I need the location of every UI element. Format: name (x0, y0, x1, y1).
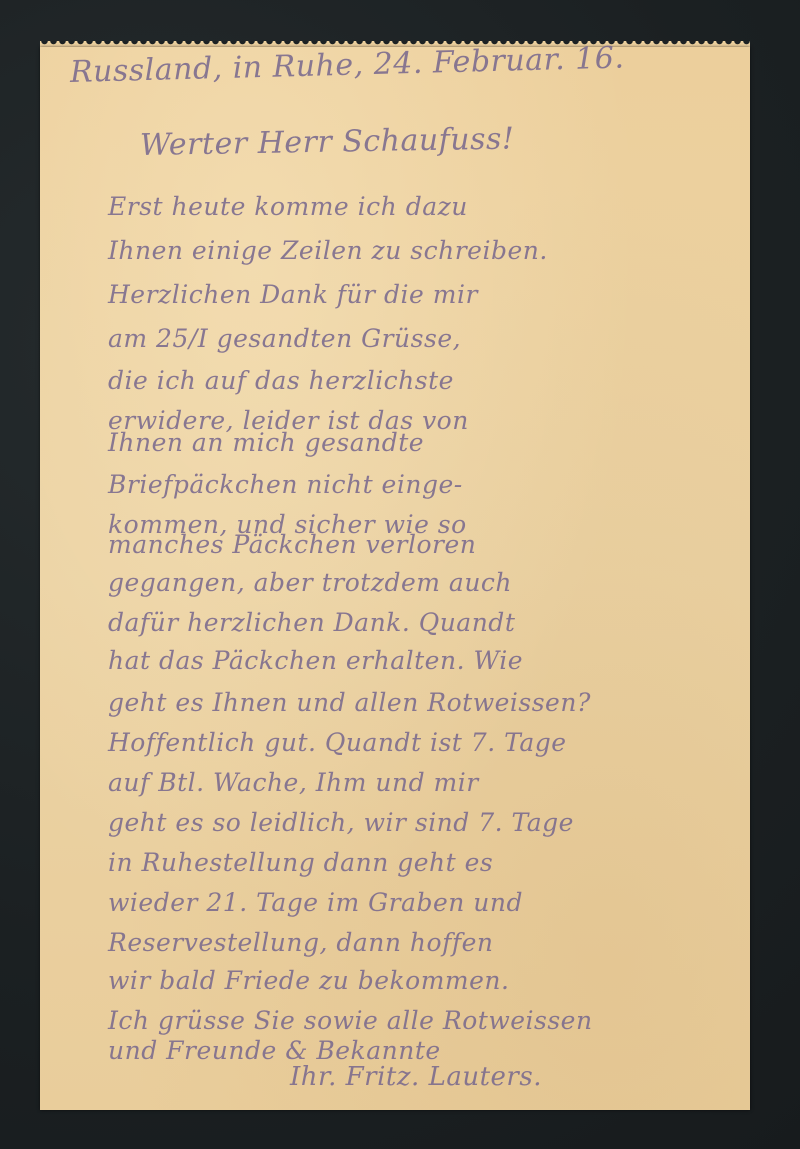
signature: Ihr. Fritz. Lauters. (290, 1062, 542, 1092)
body-line: Herzlichen Dank für die mir (108, 280, 478, 309)
body-line: hat das Päckchen erhalten. Wie (108, 646, 523, 675)
body-line: gegangen, aber trotzdem auch (108, 568, 512, 597)
body-line: auf Btl. Wache, Ihm und mir (108, 768, 479, 797)
body-line: geht es so leidlich, wir sind 7. Tage (108, 808, 574, 837)
body-line: Reservestellung, dann hoffen (108, 928, 493, 957)
body-line: dafür herzlichen Dank. Quandt (108, 608, 515, 637)
body-line: in Ruhestellung dann geht es (108, 848, 493, 877)
body-line: wieder 21. Tage im Graben und (108, 888, 523, 917)
body-line: und Freunde & Bekannte (108, 1036, 441, 1065)
body-line: manches Päckchen verloren (108, 530, 476, 559)
body-line: Briefpäckchen nicht einge- (108, 470, 463, 499)
salutation: Werter Herr Schaufuss! (140, 121, 515, 163)
body-line: wir bald Friede zu bekommen. (108, 966, 509, 995)
body-line: geht es Ihnen und allen Rotweissen? (108, 688, 591, 717)
body-line: Erst heute komme ich dazu (108, 192, 468, 221)
body-line: die ich auf das herzlichste (108, 366, 454, 395)
body-line: Hoffentlich gut. Quandt ist 7. Tage (108, 728, 567, 757)
body-line: am 25/I gesandten Grüsse, (108, 324, 461, 353)
body-line: Ich grüsse Sie sowie alle Rotweissen (108, 1006, 593, 1035)
body-line: Ihnen an mich gesandte (108, 428, 424, 457)
body-line: Ihnen einige Zeilen zu schreiben. (108, 236, 548, 265)
